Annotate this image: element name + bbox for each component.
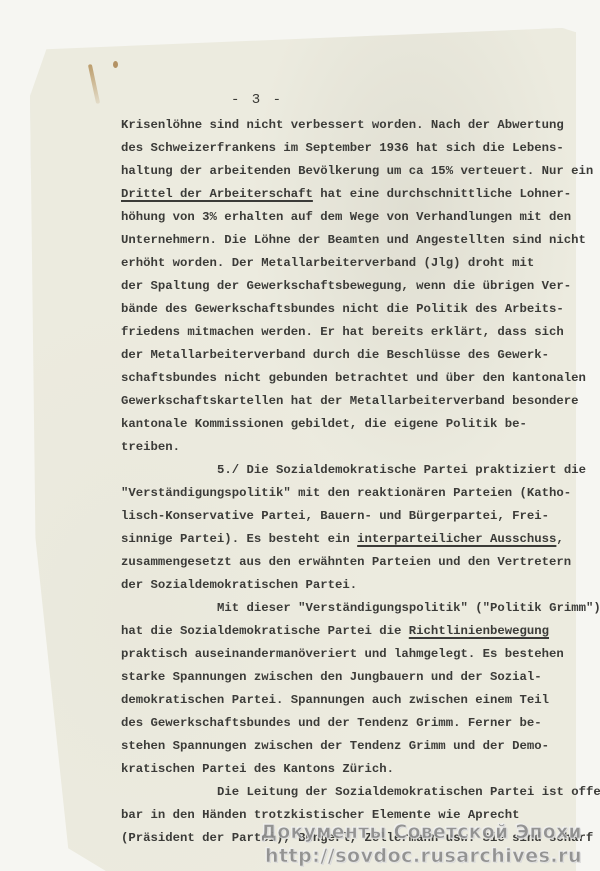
text-line: Die Leitung der Sozialdemokratischen Par…	[121, 781, 591, 804]
text-run: 5./ Die Sozialdemokratische Partei prakt…	[217, 463, 586, 477]
text-run: kantonale Kommissionen gebildet, die eig…	[121, 417, 527, 431]
text-run: zusammengesetzt aus den erwähnten Partei…	[121, 555, 571, 569]
paper-stain	[88, 64, 100, 104]
text-line: der Spaltung der Gewerkschaftsbewegung, …	[121, 275, 591, 298]
text-line: des Schweizerfrankens im September 1936 …	[121, 137, 591, 160]
text-line: friedens mitmachen werden. Er hat bereit…	[121, 321, 591, 344]
text-run: friedens mitmachen werden. Er hat bereit…	[121, 325, 564, 339]
underlined-phrase: interparteilicher Ausschuss	[357, 532, 556, 546]
text-line: demokratischen Partei. Spannungen auch z…	[121, 689, 591, 712]
text-line: zusammengesetzt aus den erwähnten Partei…	[121, 551, 591, 574]
text-run: der Spaltung der Gewerkschaftsbewegung, …	[121, 279, 571, 293]
watermark-title: Документы Советской Эпохи	[260, 823, 582, 843]
text-run: bände des Gewerkschaftsbundes nicht die …	[121, 302, 564, 316]
paper-stain-spot	[113, 61, 118, 68]
text-line: lisch-Konservative Partei, Bauern- und B…	[121, 505, 591, 528]
text-run: Krisenlöhne sind nicht verbessert worden…	[121, 118, 564, 132]
text-line: Unternehmern. Die Löhne der Beamten und …	[121, 229, 591, 252]
text-line: bände des Gewerkschaftsbundes nicht die …	[121, 298, 591, 321]
text-run: stehen Spannungen zwischen der Tendenz G…	[121, 739, 549, 753]
text-run: kratischen Partei des Kantons Zürich.	[121, 762, 394, 776]
text-run: der Metallarbeiterverband durch die Besc…	[121, 348, 549, 362]
text-line: der Metallarbeiterverband durch die Besc…	[121, 344, 591, 367]
text-run: treiben.	[121, 440, 180, 454]
text-run: bar in den Händen trotzkistischer Elemen…	[121, 808, 519, 822]
text-run: hat eine durchschnittliche Lohner-	[313, 187, 571, 201]
text-line: erhöht worden. Der Metallarbeiterverband…	[121, 252, 591, 275]
text-line: "Verständigungspolitik" mit den reaktion…	[121, 482, 591, 505]
text-line: kantonale Kommissionen gebildet, die eig…	[121, 413, 591, 436]
text-run: höhung von 3% erhalten auf dem Wege von …	[121, 210, 571, 224]
text-line: sinnige Partei). Es besteht ein interpar…	[121, 528, 591, 551]
text-line: Gewerkschaftskartellen hat der Metallarb…	[121, 390, 591, 413]
text-line: Mit dieser "Verständigungspolitik" ("Pol…	[121, 597, 591, 620]
text-line: 5./ Die Sozialdemokratische Partei prakt…	[121, 459, 591, 482]
text-run: der Sozialdemokratischen Partei.	[121, 578, 357, 592]
text-run: starke Spannungen zwischen den Jungbauer…	[121, 670, 542, 684]
typewritten-body: Krisenlöhne sind nicht verbessert worden…	[121, 114, 591, 850]
text-run: hat die Sozialdemokratische Partei die	[121, 624, 409, 638]
text-run: des Gewerkschaftsbundes und der Tendenz …	[121, 716, 542, 730]
text-line: des Gewerkschaftsbundes und der Tendenz …	[121, 712, 591, 735]
text-run: des Schweizerfrankens im September 1936 …	[121, 141, 564, 155]
archive-watermark: Документы Советской Эпохи http://sovdoc.…	[260, 823, 582, 867]
text-run: erhöht worden. Der Metallarbeiterverband…	[121, 256, 534, 270]
text-run: Gewerkschaftskartellen hat der Metallarb…	[121, 394, 579, 408]
text-run: schaftsbundes nicht gebunden betrachtet …	[121, 371, 586, 385]
text-line: hat die Sozialdemokratische Partei die R…	[121, 620, 591, 643]
text-line: stehen Spannungen zwischen der Tendenz G…	[121, 735, 591, 758]
text-line: haltung der arbeitenden Bevölkerung um c…	[121, 160, 591, 183]
text-run: Unternehmern. Die Löhne der Beamten und …	[121, 233, 586, 247]
text-line: höhung von 3% erhalten auf dem Wege von …	[121, 206, 591, 229]
text-line: schaftsbundes nicht gebunden betrachtet …	[121, 367, 591, 390]
text-line: treiben.	[121, 436, 591, 459]
text-line: der Sozialdemokratischen Partei.	[121, 574, 591, 597]
text-line: kratischen Partei des Kantons Zürich.	[121, 758, 591, 781]
text-run: Die Leitung der Sozialdemokratischen Par…	[217, 785, 600, 799]
text-run: "Verständigungspolitik" mit den reaktion…	[121, 486, 571, 500]
text-line: praktisch auseinandermanöveriert und lah…	[121, 643, 591, 666]
text-line: Drittel der Arbeiterschaft hat eine durc…	[121, 183, 591, 206]
text-run: praktisch auseinandermanöveriert und lah…	[121, 647, 564, 661]
text-run: Mit dieser "Verständigungspolitik" ("Pol…	[217, 601, 600, 615]
text-line: Krisenlöhne sind nicht verbessert worden…	[121, 114, 591, 137]
underlined-phrase: Richtlinienbewegung	[409, 624, 549, 638]
page-number: - 3 -	[231, 92, 283, 108]
underlined-phrase: Drittel der Arbeiterschaft	[121, 187, 313, 201]
text-run: demokratischen Partei. Spannungen auch z…	[121, 693, 549, 707]
watermark-url: http://sovdoc.rusarchives.ru	[260, 845, 582, 867]
text-run: lisch-Konservative Partei, Bauern- und B…	[121, 509, 549, 523]
text-line: starke Spannungen zwischen den Jungbauer…	[121, 666, 591, 689]
text-run: sinnige Partei). Es besteht ein	[121, 532, 357, 546]
text-run: ,	[556, 532, 563, 546]
text-run: haltung der arbeitenden Bevölkerung um c…	[121, 164, 593, 178]
